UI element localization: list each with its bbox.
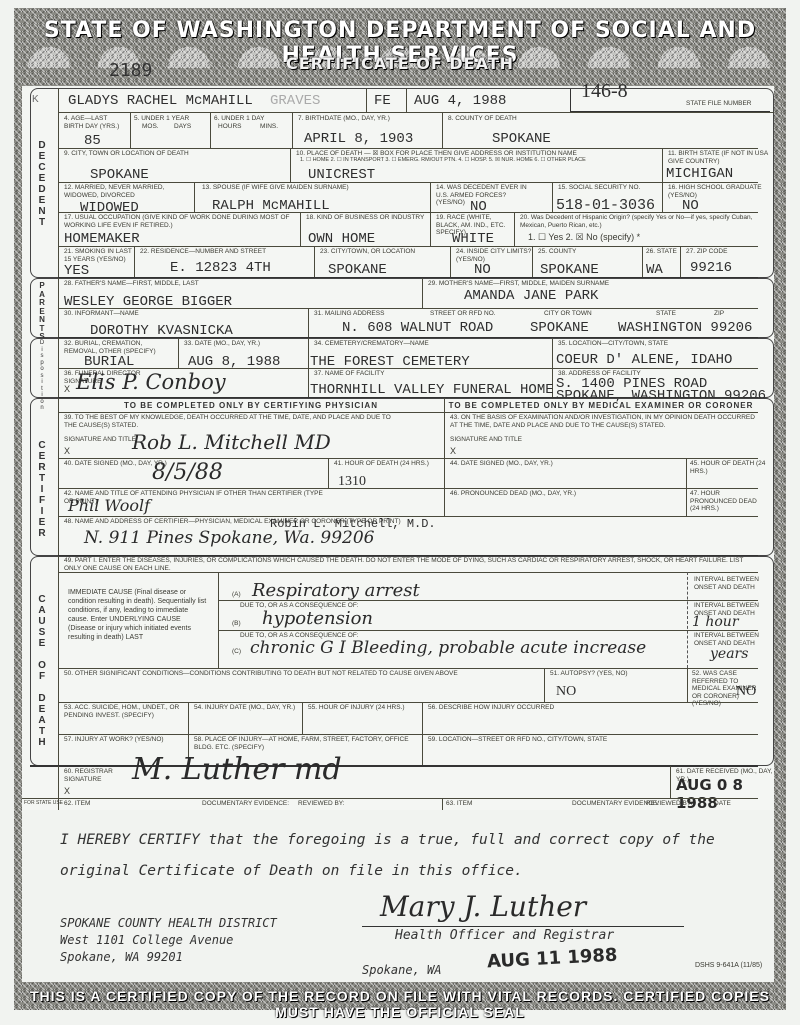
divider (134, 246, 135, 278)
date-of-death: AUG 4, 1988 (414, 93, 506, 109)
item-62-label: 62. ITEM (64, 800, 90, 808)
divider (218, 572, 219, 668)
date-label: DATE (714, 800, 731, 808)
divider (58, 702, 758, 703)
divider (302, 702, 303, 734)
divider (662, 148, 663, 182)
divider (58, 458, 758, 459)
doc-evidence-label: DOCUMENTARY EVIDENCE: (202, 800, 289, 808)
residence-value: E. 12823 4TH (170, 260, 271, 276)
mailing-state-zip-value: WASHINGTON 99206 (618, 320, 752, 336)
birth-state-label: 11. BIRTH STATE (If not in USA give coun… (668, 150, 768, 165)
footer-text: THIS IS A CERTIFIED COPY OF THE RECORD O… (14, 988, 786, 1020)
mailing-street-value: N. 608 WALNUT ROAD (342, 320, 493, 336)
divider (552, 182, 553, 212)
mailing-city-value: SPOKANE (530, 320, 589, 336)
divider (532, 246, 533, 278)
examiner-date-label: 44. DATE SIGNED (Mo., Day, Yr.) (450, 460, 553, 468)
divider (178, 338, 179, 368)
mos-label: MOS. (142, 123, 159, 131)
decedent-side-label: DECEDENT (36, 140, 48, 228)
cause-a-letter: (A) (232, 591, 241, 599)
divider (300, 212, 301, 246)
cause-b-text: hypotension (262, 608, 373, 629)
divider (442, 798, 443, 810)
divider (642, 246, 643, 278)
hispanic-value: 1. ☐ Yes 2. ☒ No (specify) * (528, 234, 640, 242)
zip-label: 27. ZIP CODE (686, 248, 727, 256)
left-border (14, 80, 22, 985)
mailing-label: 31. MAILING ADDRESS (314, 310, 384, 318)
location-value: COEUR D' ALENE, IDAHO (556, 352, 732, 368)
officer-title: Health Officer and Registrar (395, 928, 614, 943)
x-mark: X (450, 448, 456, 456)
statement-39: 39. TO THE BEST OF MY KNOWLEDGE, DEATH O… (64, 414, 394, 429)
divider (308, 368, 309, 398)
divider (450, 246, 451, 278)
cause-a-text: Respiratory arrest (252, 580, 420, 601)
smoking-label: 21. SMOKING IN LAST 15 YEARS (Yes/No) (64, 248, 134, 263)
district-address1: West 1101 College Avenue (60, 933, 233, 947)
divider (58, 398, 59, 556)
divider (58, 182, 758, 183)
inside-city-label: 24. INSIDE CITY LIMITS? (Yes/No) (456, 248, 536, 263)
divider (308, 308, 309, 338)
divider (58, 88, 59, 278)
mother-value: AMANDA JANE PARK (464, 288, 598, 304)
race-value: WHITE (452, 231, 494, 247)
divider (58, 668, 758, 669)
divider (290, 148, 291, 182)
divider (687, 572, 688, 668)
state-value: WA (646, 262, 663, 278)
divider (58, 572, 758, 573)
divider (430, 182, 431, 212)
marital-label: 12. MARRIED, NEVER MARRIED, WIDOWED, DIV… (64, 184, 184, 199)
funeral-director-signature: Elis P. Conboy (76, 370, 226, 394)
serial-number: 2189 (109, 60, 152, 81)
certification-date-stamp: AUG 11 1988 (487, 945, 618, 973)
divider (292, 112, 293, 148)
cause-b-letter: (B) (232, 620, 241, 628)
divider (444, 398, 445, 516)
divider (22, 798, 758, 799)
residence-label: 22. RESIDENCE—NUMBER AND STREET (140, 248, 266, 256)
divider (308, 338, 309, 368)
age-value: 85 (84, 133, 101, 149)
item-63-label: 63. ITEM (446, 800, 472, 808)
state-label: 26. STATE (646, 248, 677, 256)
days-label: DAYS (174, 123, 191, 131)
injury-hour-label: 55. HOUR OF INJURY (24 Hrs.) (308, 704, 405, 712)
divider (218, 630, 758, 631)
business-label: 18. KIND OF BUSINESS OR INDUSTRY (306, 214, 424, 222)
divider (58, 246, 758, 247)
mins-label: MINS. (260, 123, 278, 131)
cause-c-text: chronic G I Bleeding, probable acute inc… (250, 638, 646, 658)
examiner-section-title: TO BE COMPLETED ONLY BY MEDICAL EXAMINER… (444, 401, 758, 410)
right-border (774, 80, 786, 985)
divider (514, 212, 515, 246)
divider (58, 412, 758, 413)
divider (58, 734, 758, 735)
x-mark: X (64, 448, 70, 456)
divider (58, 488, 758, 489)
divider (328, 458, 329, 488)
divider (218, 600, 758, 601)
referred-value: NO (736, 684, 756, 700)
occupation-label: 17. USUAL OCCUPATION (Give kind of work … (64, 214, 294, 229)
divider (194, 182, 195, 212)
injury-description-label: 56. DESCRIBE HOW INJURY OCCURRED (428, 704, 554, 712)
cause-side-label: CAUSEOFDEATH (36, 594, 48, 748)
spouse-label: 13. SPOUSE (If Wife give Maiden Surname) (202, 184, 349, 192)
place-value: UNICREST (308, 167, 375, 183)
place-options: 1. ☐ HOME 2. ☐ IN TRANSPORT 3. ☐ EMERG. … (300, 157, 660, 165)
reviewed-by-label: REVIEWED BY: (298, 800, 345, 808)
divider (680, 246, 681, 278)
hours-label: HOURS (218, 123, 241, 131)
k-mark: K (32, 94, 39, 105)
business-value: OWN HOME (308, 231, 375, 247)
city-label: 9. CITY, TOWN OR LOCATION OF DEATH (64, 150, 189, 158)
certifier-side-label: CERTIFIER (36, 440, 48, 539)
divider (58, 212, 758, 213)
physician-section-title: TO BE COMPLETED ONLY BY CERTIFYING PHYSI… (58, 401, 444, 410)
divider (366, 88, 367, 112)
birthdate-value: APRIL 8, 1903 (304, 131, 413, 147)
hour-of-death-label: 41. HOUR OF DEATH (24 Hrs.) (334, 460, 429, 468)
divider (58, 148, 758, 149)
hispanic-label: 20. Was Decedent of Hispanic Origin? (sp… (520, 214, 760, 229)
cemetery-label: 34. CEMETERY/CREMATORY—NAME (314, 340, 429, 348)
divider (544, 668, 545, 702)
divider (442, 112, 443, 148)
cause-instructions: IMMEDIATE CAUSE (Final disease or condit… (68, 588, 208, 642)
high-school-label: 16. HIGH SCHOOL GRADUATE (Yes/No) (668, 184, 768, 199)
divider (686, 458, 687, 516)
facility-label: 37. NAME OF FACILITY (314, 370, 384, 378)
under-1-day-label: 6. UNDER 1 DAY (214, 115, 264, 123)
statement-43: 43. ON THE BASIS OF EXAMINATION AND/OR I… (450, 414, 760, 429)
divider (210, 112, 211, 148)
ssn-label: 15. SOCIAL SECURITY NO. (558, 184, 640, 192)
divider (662, 182, 663, 212)
county-value: SPOKANE (492, 131, 551, 147)
occupation-value: HOMEMAKER (64, 231, 140, 247)
physician-signature: Rob L. Mitchell MD (132, 430, 331, 454)
officer-signature: Mary J. Luther (380, 890, 586, 923)
birthdate-label: 7. BIRTHDATE (Mo., Day, Yr.) (298, 115, 390, 123)
zip-value: 99216 (690, 260, 732, 276)
divider (130, 112, 131, 148)
interval-b-value: 1 hour (692, 614, 739, 630)
death-certificate: STATE OF WASHINGTON DEPARTMENT OF SOCIAL… (0, 0, 800, 1025)
signature-line (362, 926, 684, 927)
registrar-signature: M. Luther md (132, 752, 342, 787)
injury-at-work-label: 57. INJURY AT WORK? (Yes/No) (64, 736, 164, 744)
county-label: 8. COUNTY OF DEATH (448, 115, 517, 123)
decedent-name: GLADYS RACHEL McMAHILL (68, 93, 253, 109)
residence-city-value: SPOKANE (328, 262, 387, 278)
certification-line1: I HEREBY CERTIFY that the foregoing is a… (60, 832, 715, 848)
inside-city-value: NO (474, 262, 491, 278)
certifier-address: N. 911 Pines Spokane, Wa. 99206 (84, 528, 375, 548)
disposition-date-label: 33. DATE (Mo., Day, Yr.) (184, 340, 260, 348)
residence-county-value: SPOKANE (540, 262, 599, 278)
autopsy-value: NO (556, 684, 576, 700)
birth-state-value: MICHIGAN (666, 166, 733, 182)
pronounced-dead-label: 46. PRONOUNCED DEAD (Mo., Day, Yr.) (450, 490, 576, 498)
divider (406, 88, 407, 112)
for-state-use-label: FOR STATE USE (24, 800, 63, 808)
divider (430, 212, 431, 246)
street-label: STREET OR RFD NO. (430, 310, 496, 318)
autopsy-label: 51. AUTOPSY? (Yes, No) (550, 670, 628, 678)
age-label: 4. AGE—LAST BIRTH DAY (Yrs.) (64, 115, 124, 130)
footer-band: THIS IS A CERTIFIED COPY OF THE RECORD O… (14, 982, 786, 1010)
mailing-state-label: STATE (656, 310, 676, 318)
pronounced-hour-label: 47. HOUR PRONOUNCED DEAD (24 Hrs.) (690, 490, 760, 513)
attending-physician-value: Phil Woolf (68, 496, 150, 515)
physician-signature-label: SIGNATURE AND TITLE (64, 436, 136, 444)
manner-label: 53. ACC. SUICIDE, HOM., UNDET., OR PENDI… (64, 704, 182, 719)
injury-location-label: 59. LOCATION—STREET OR RFD NO., CITY/TOW… (428, 736, 607, 744)
certificate-form: 146-8 STATE FILE NUMBER DECEDENT K GLADY… (22, 88, 774, 810)
disposition-method-label: 32. BURIAL, CREMATION, REMOVAL, OTHER (S… (64, 340, 164, 355)
injury-date-label: 54. INJURY DATE (Mo., Day, Yr.) (194, 704, 295, 712)
divider (58, 112, 774, 113)
divider (58, 368, 758, 369)
city-or-town-label: CITY OR TOWN (544, 310, 592, 318)
cause-c-letter: (C) (232, 648, 241, 656)
certification-place: Spokane, WA (362, 963, 441, 977)
residence-county-label: 25. COUNTY (538, 248, 576, 256)
examiner-hour-label: 45. HOUR OF DEATH (24 Hrs.) (690, 460, 774, 475)
mother-label: 29. MOTHER'S NAME—FIRST, MIDDLE, MAIDEN … (428, 280, 609, 288)
divider (422, 278, 423, 308)
x-mark: X (64, 386, 70, 394)
interval-a-label: INTERVAL BETWEEN ONSET AND DEATH (694, 576, 764, 591)
registrar-signature-label: 60. REGISTRAR SIGNATURE (64, 768, 124, 783)
facility-value: THORNHILL VALLEY FUNERAL HOME (310, 382, 554, 398)
interval-c-label: INTERVAL BETWEEN ONSET AND DEATH (694, 632, 764, 647)
divider (670, 766, 671, 798)
parents-side-label: PARENTS (36, 282, 48, 342)
district-name: SPOKANE COUNTY HEALTH DISTRICT (60, 916, 277, 930)
decedent-name-extra: GRAVES (270, 93, 320, 109)
x-mark: X (64, 788, 70, 796)
residence-city-label: 23. CITY/TOWN, OR LOCATION (320, 248, 415, 256)
certification-line2: original Certificate of Death on file in… (60, 863, 523, 879)
under-1-year-label: 5. UNDER 1 YEAR (134, 115, 189, 123)
date-signed-value: 8/5/88 (152, 460, 223, 485)
header-band: STATE OF WASHINGTON DEPARTMENT OF SOCIAL… (14, 8, 786, 86)
reviewed-by-label: REVIEWED BY: (646, 800, 693, 808)
informant-label: 30. INFORMANT—NAME (64, 310, 139, 318)
city-value: SPOKANE (90, 167, 149, 183)
location-label: 35. LOCATION—CITY/TOWN, STATE (558, 340, 668, 348)
mailing-zip-label: ZIP (714, 310, 724, 318)
part1-label: 49. PART I. ENTER THE DISEASES, INJURIES… (64, 557, 754, 572)
other-conditions-label: 50. OTHER SIGNIFICANT CONDITIONS—CONDITI… (64, 670, 458, 678)
father-label: 28. FATHER'S NAME—FIRST, MIDDLE, LAST (64, 280, 199, 288)
injury-place-label: 58. PLACE OF INJURY—AT HOME, FARM, STREE… (194, 736, 416, 751)
interval-c-value: years (710, 646, 748, 662)
decedent-sex: FE (374, 93, 391, 109)
district-address2: Spokane, WA 99201 (60, 950, 183, 964)
divider (314, 246, 315, 278)
divider (687, 668, 688, 702)
divider (58, 308, 758, 309)
examiner-signature-label: SIGNATURE AND TITLE (450, 436, 522, 444)
form-code: DSHS 9-641A (11/85) (695, 962, 762, 970)
